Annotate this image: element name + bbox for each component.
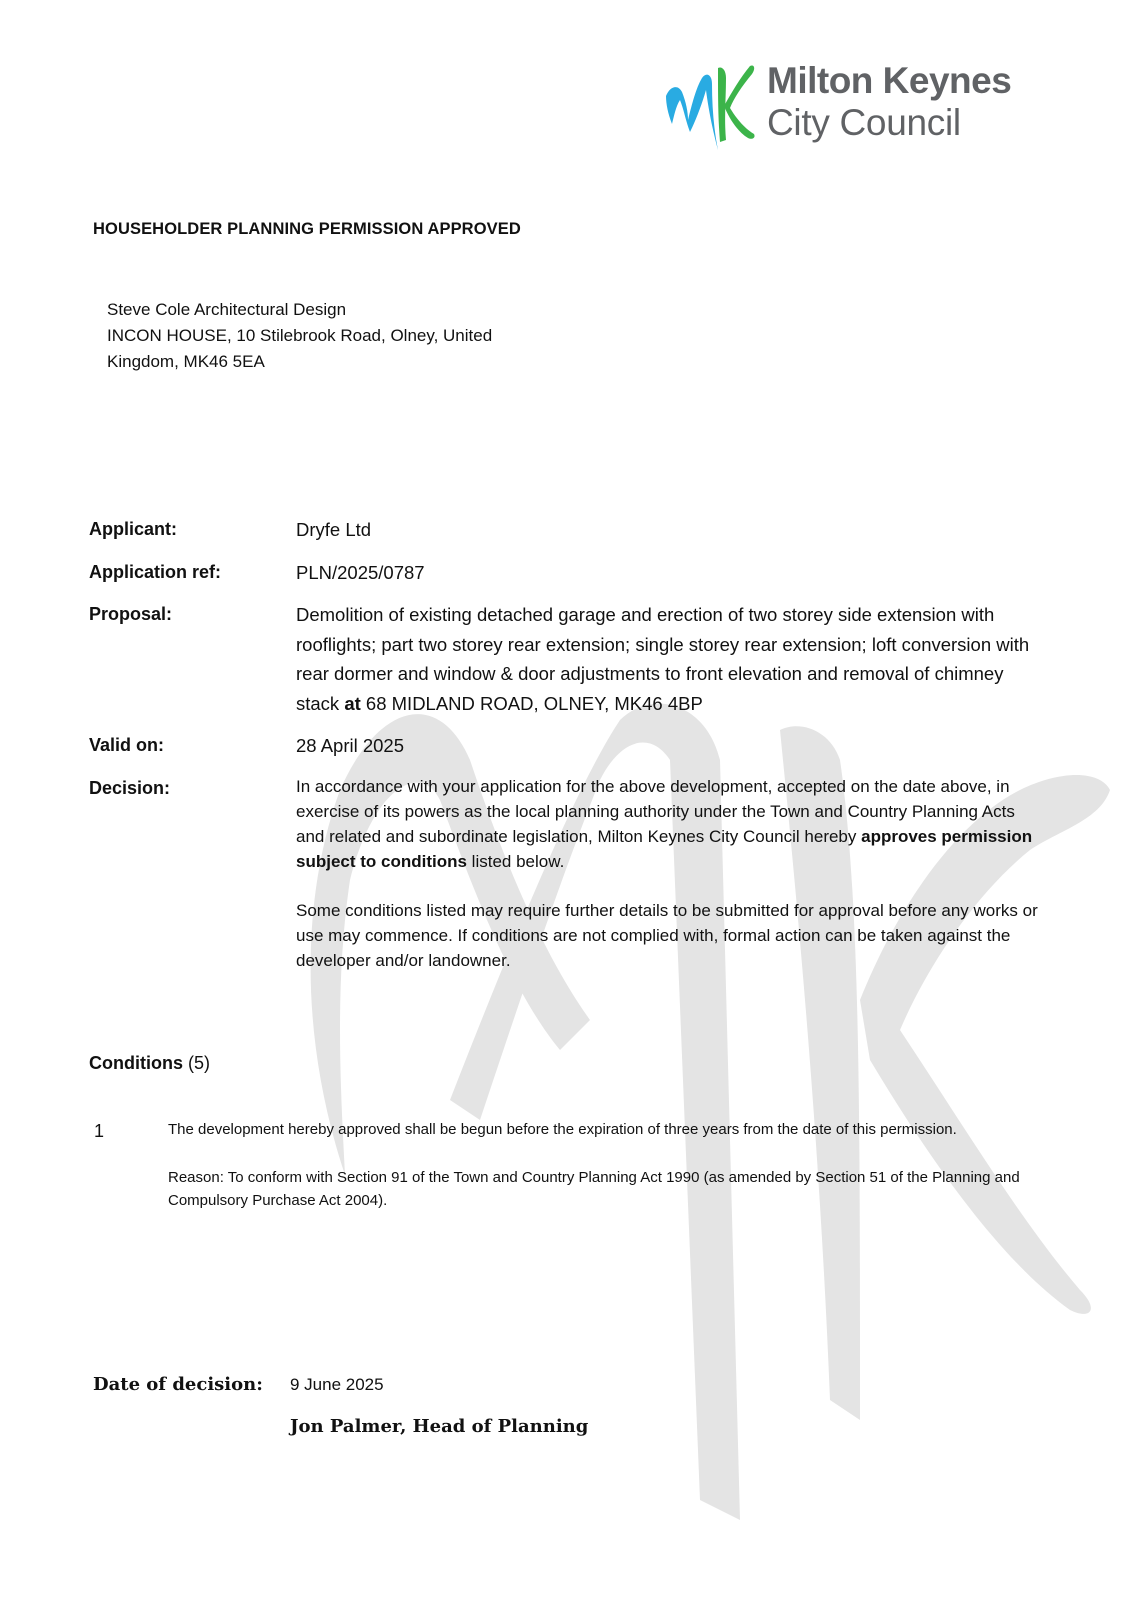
proposal-label: Proposal: (89, 600, 296, 718)
decision-label: Decision: (89, 774, 296, 997)
address-line: INCON HOUSE, 10 Stilebrook Road, Olney, … (107, 323, 492, 349)
proposal-site: 68 MIDLAND ROAD, OLNEY, MK46 4BP (366, 693, 703, 714)
valid-on-value: 28 April 2025 (296, 731, 1039, 761)
logo-line2: City Council (767, 102, 961, 144)
document-title: HOUSEHOLDER PLANNING PERMISSION APPROVED (93, 220, 521, 239)
condition-text: The development hereby approved shall be… (168, 1118, 1044, 1142)
address-line: Steve Cole Architectural Design (107, 297, 492, 323)
decision-paragraph-2: Some conditions listed may require furth… (296, 898, 1039, 973)
condition-body: The development hereby approved shall be… (168, 1118, 1044, 1237)
decision-text-end: listed below. (467, 852, 564, 871)
decision-value: In accordance with your application for … (296, 774, 1039, 997)
application-details: Applicant: Dryfe Ltd Application ref: PL… (89, 515, 1039, 1010)
proposal-value: Demolition of existing detached garage a… (296, 600, 1039, 718)
application-ref-value: PLN/2025/0787 (296, 558, 1039, 588)
proposal-row: Proposal: Demolition of existing detache… (89, 600, 1039, 718)
address-line: Kingdom, MK46 5EA (107, 349, 492, 375)
decision-date-value: 9 June 2025 (290, 1375, 384, 1395)
decision-date: Date of decision: 9 June 2025 (93, 1374, 384, 1395)
applicant-row: Applicant: Dryfe Ltd (89, 515, 1039, 545)
conditions-count: (5) (188, 1053, 210, 1073)
valid-on-label: Valid on: (89, 731, 296, 761)
condition-item: 1 The development hereby approved shall … (94, 1118, 1044, 1237)
decision-paragraph-1: In accordance with your application for … (296, 774, 1039, 874)
signatory: Jon Palmer, Head of Planning (290, 1416, 588, 1437)
proposal-at: at (344, 693, 360, 714)
mk-logo-icon (662, 58, 757, 153)
condition-number: 1 (94, 1118, 168, 1237)
applicant-value: Dryfe Ltd (296, 515, 1039, 545)
council-logo: Milton Keynes City Council (662, 58, 1062, 158)
logo-line1: Milton Keynes (767, 60, 1011, 102)
valid-on-row: Valid on: 28 April 2025 (89, 731, 1039, 761)
condition-reason: Reason: To conform with Section 91 of th… (168, 1166, 1044, 1213)
decision-date-label: Date of decision: (93, 1374, 290, 1395)
application-ref-label: Application ref: (89, 558, 296, 588)
conditions-title: Conditions (89, 1053, 183, 1073)
agent-address: Steve Cole Architectural Design INCON HO… (107, 297, 492, 375)
conditions-heading: Conditions (5) (89, 1053, 210, 1074)
decision-row: Decision: In accordance with your applic… (89, 774, 1039, 997)
application-ref-row: Application ref: PLN/2025/0787 (89, 558, 1039, 588)
applicant-label: Applicant: (89, 515, 296, 545)
